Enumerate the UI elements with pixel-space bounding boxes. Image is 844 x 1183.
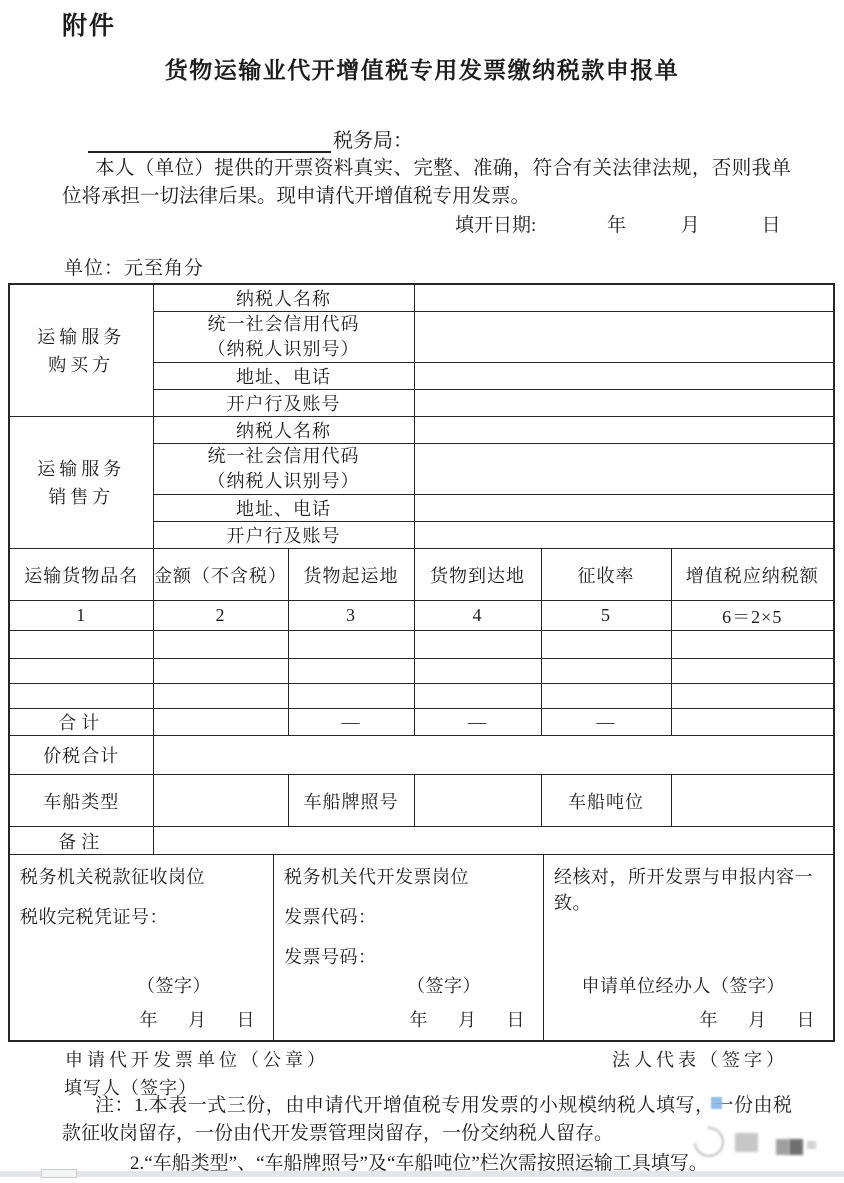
tax-bureau-blank-underline (88, 129, 331, 153)
approval-section: 税务机关税款征收岗位 税收完税凭证号： （签字） 年月日 税务机关代开发票岗位 … (10, 855, 833, 1040)
buyer-bank-value-cell (414, 390, 834, 417)
vehicle-plate-value-cell (414, 775, 541, 827)
seller-bank-label-cell: 开户行及账号 (153, 522, 414, 549)
tax-declaration-form-page: 附件 货物运输业代开增值税专用发票缴纳税款申报单 税务局： 本人（单位）提供的开… (0, 0, 844, 1183)
seller-address-label-cell: 地址、电话 (153, 495, 414, 522)
watermark-block (776, 1139, 789, 1155)
day-label: 日 (237, 1010, 256, 1030)
page-title: 货物运输业代开增值税专用发票缴纳税款申报单 (0, 52, 844, 85)
buyer-name-label-cell: 纳税人名称 (153, 284, 414, 312)
tax-payment-cert-label: 税收完税凭证号： (20, 903, 263, 929)
total-amount-cell (153, 709, 288, 736)
vehicle-type-value-cell (153, 775, 288, 827)
remarks-value-cell (153, 827, 834, 855)
buyer-bank-label-cell: 开户行及账号 (153, 390, 414, 417)
vehicle-type-label-cell: 车船类型 (9, 775, 153, 827)
col-number-3: 3 (288, 601, 414, 631)
total-vat-cell (671, 709, 834, 736)
goods-row-cell (153, 684, 288, 709)
total-label-cell: 合计 (9, 709, 153, 736)
applicant-seal-label: 申请代开发票单位（公章） (65, 1046, 329, 1072)
col-number-1: 1 (9, 601, 153, 631)
buyer-credit-code-label-cell: 统一社会信用代码 （纳税人识别号） (153, 312, 414, 363)
main-form-table: 运输服务 购买方 纳税人名称 统一社会信用代码 （纳税人识别号） 地址、电话 开… (8, 283, 835, 1042)
goods-row-cell (414, 659, 541, 684)
col-number-5: 5 (541, 601, 671, 631)
verification-cell: 经核对，所开发票与申报内容一致。 申请单位经办人（签字） 年月日 (543, 855, 833, 1040)
verification-date-line: 年月日 (554, 1006, 823, 1032)
buyer-address-label-cell: 地址、电话 (153, 363, 414, 390)
col-header-vat-payable: 增值税应纳税额 (671, 549, 834, 601)
col-number-6: 6＝2×5 (671, 601, 834, 631)
declaration-paragraph: 本人（单位）提供的开票资料真实、完整、准确，符合有关法律法规，否则我单位将承担一… (62, 155, 791, 210)
watermark-block (807, 1141, 816, 1149)
goods-row-cell (541, 659, 671, 684)
fill-date-label: 填开日期: (455, 215, 536, 236)
invoice-code-label: 发票代码： (284, 903, 533, 929)
collection-date-line: 年月日 (20, 1006, 263, 1032)
price-tax-total-label-cell: 价税合计 (9, 736, 153, 775)
buyer-name-value-cell (414, 284, 834, 312)
goods-row-cell (414, 631, 541, 659)
issuing-date-line: 年月日 (284, 1006, 533, 1032)
watermark-block (789, 1139, 803, 1155)
goods-row-cell (541, 631, 671, 659)
col-number-2: 2 (153, 601, 288, 631)
legal-representative-label: 法人代表（签字） (612, 1046, 788, 1072)
tax-bureau-line: 税务局： (88, 124, 413, 153)
month-label: 月 (748, 1010, 767, 1030)
page-edge-bar (0, 1171, 844, 1177)
goods-row-cell (9, 631, 153, 659)
tax-collection-post-cell: 税务机关税款征收岗位 税收完税凭证号： （签字） 年月日 (10, 855, 273, 1040)
day-label: 日 (507, 1010, 526, 1030)
price-tax-total-value-cell (153, 736, 834, 775)
day-label: 日 (797, 1010, 816, 1030)
invoice-issuing-post-cell: 税务机关代开发票岗位 发票代码： 发票号码： （签字） 年月日 (273, 855, 543, 1040)
goods-row-cell (9, 659, 153, 684)
remarks-label-cell: 备注 (9, 827, 153, 855)
goods-row-cell (288, 631, 414, 659)
goods-row-cell (671, 684, 834, 709)
attachment-label: 附件 (62, 6, 116, 42)
seller-credit-code-value-cell (414, 444, 834, 495)
goods-row-cell (541, 684, 671, 709)
seller-credit-code-label-cell: 统一社会信用代码 （纳税人识别号） (153, 444, 414, 495)
note-1: 注：1.本表一式三份，由申请代开增值税专用发票的小规模纳税人填写，一份由税款征收… (62, 1092, 792, 1148)
invoice-issuing-post-title: 税务机关代开发票岗位 (284, 863, 533, 889)
month-label: 月 (188, 1010, 207, 1030)
total-dash-cell: — (414, 709, 541, 736)
total-dash-cell: — (541, 709, 671, 736)
vehicle-plate-label-cell: 车船牌照号 (288, 775, 414, 827)
goods-row-cell (671, 631, 834, 659)
goods-row-cell (153, 631, 288, 659)
invoice-number-label: 发票号码： (284, 943, 533, 969)
fill-date-month-label: 月 (681, 215, 700, 236)
buyer-address-value-cell (414, 363, 834, 390)
page-edge-notch (41, 1169, 77, 1178)
month-label: 月 (458, 1010, 477, 1030)
seller-group-cell: 运输服务 销售方 (9, 417, 153, 549)
goods-row-cell (9, 684, 153, 709)
blue-highlight-artifact (711, 1097, 722, 1109)
unit-note: 单位：元至角分 (64, 253, 204, 280)
approval-section-cell: 税务机关税款征收岗位 税收完税凭证号： （签字） 年月日 税务机关代开发票岗位 … (9, 855, 834, 1042)
collection-signature-label: （签字） (20, 972, 263, 998)
col-header-origin: 货物起运地 (288, 549, 414, 601)
goods-row-cell (414, 684, 541, 709)
year-label: 年 (410, 1010, 429, 1030)
seller-name-label-cell: 纳税人名称 (153, 417, 414, 444)
buyer-credit-code-value-cell (414, 312, 834, 363)
goods-row-cell (671, 659, 834, 684)
col-header-destination: 货物到达地 (414, 549, 541, 601)
year-label: 年 (140, 1010, 159, 1030)
goods-row-cell (288, 684, 414, 709)
issuing-signature-label: （签字） (284, 972, 533, 998)
tax-bureau-label: 税务局： (331, 124, 413, 153)
goods-row-cell (288, 659, 414, 684)
vehicle-tonnage-label-cell: 车船吨位 (541, 775, 671, 827)
vehicle-tonnage-value-cell (671, 775, 834, 827)
fill-date-year-label: 年 (607, 215, 626, 236)
tax-collection-post-title: 税务机关税款征收岗位 (20, 863, 263, 889)
applicant-agent-signature-label: 申请单位经办人（签字） (554, 972, 823, 998)
goods-row-cell (153, 659, 288, 684)
col-header-levy-rate: 征收率 (541, 549, 671, 601)
col-number-4: 4 (414, 601, 541, 631)
col-header-amount: 金额（不含税） (153, 549, 288, 601)
watermark-block (735, 1133, 758, 1152)
col-header-goods-name: 运输货物品名 (9, 549, 153, 601)
fill-date-line: 填开日期: 年 月 日 (455, 210, 781, 237)
buyer-group-cell: 运输服务 购买方 (9, 284, 153, 417)
total-dash-cell: — (288, 709, 414, 736)
seller-name-value-cell (414, 417, 834, 444)
seller-address-value-cell (414, 495, 834, 522)
seller-bank-value-cell (414, 522, 834, 549)
verification-statement: 经核对，所开发票与申报内容一致。 (554, 863, 823, 915)
fill-date-day-label: 日 (762, 215, 781, 236)
year-label: 年 (700, 1010, 719, 1030)
